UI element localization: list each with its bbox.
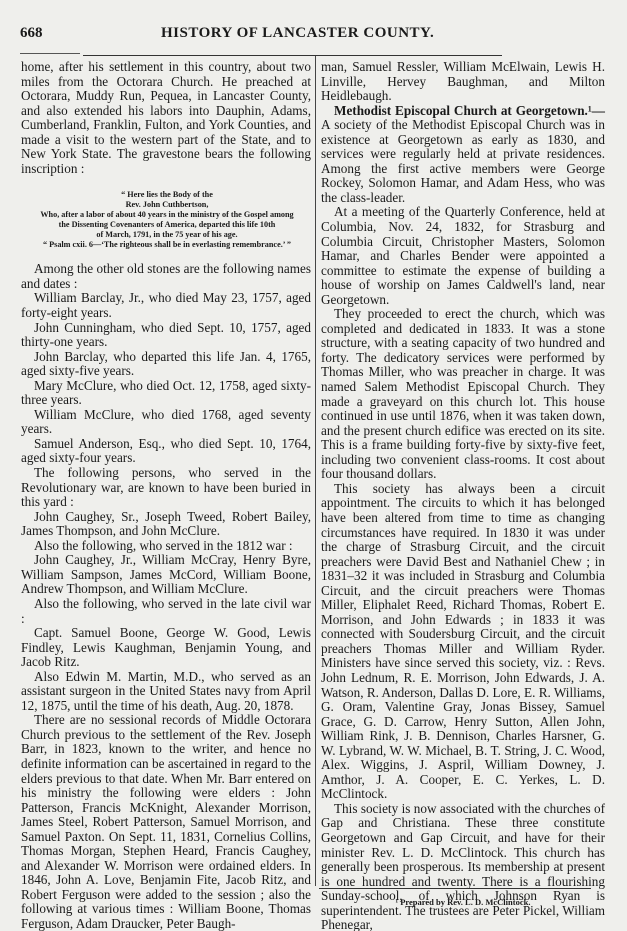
inscription-line: of March, 1791, in the 75 year of his ag… <box>17 230 317 240</box>
paragraph: Samuel Anderson, Esq., who died Sept. 10… <box>21 437 311 466</box>
paragraph: Mary McClure, who died Oct. 12, 1758, ag… <box>21 379 311 408</box>
paragraph: Among the other old stones are the follo… <box>21 262 311 291</box>
inscription-line: Who, after a labor of about 40 years in … <box>17 210 317 220</box>
column-divider <box>315 56 316 886</box>
paragraph: John Barclay, who departed this life Jan… <box>21 350 311 379</box>
section-heading: Methodist Episcopal Church at Georgetown… <box>334 103 605 118</box>
footnote-rule <box>319 888 591 889</box>
paragraph: Also the following, who served in the la… <box>21 597 311 626</box>
inscription-line: “ Psalm cxii. 6—‘The righteous shall be … <box>17 240 317 250</box>
page-number: 668 <box>20 25 43 42</box>
footnote: ¹ Prepared by Rev. L. D. McClintock. <box>321 897 605 907</box>
paragraph: home, after his settlement in this count… <box>21 60 311 176</box>
paragraph: John Caughey, Sr., Joseph Tweed, Robert … <box>21 510 311 539</box>
header-rule-left <box>20 53 80 54</box>
paragraph: At a meeting of the Quarterly Conference… <box>321 205 605 307</box>
paragraph: Also the following, who served in the 18… <box>21 539 311 554</box>
paragraph: They proceeded to erect the church, whic… <box>321 307 605 482</box>
left-column: home, after his settlement in this count… <box>21 60 311 931</box>
paragraph: This society has always been a circuit a… <box>321 482 605 802</box>
paragraph: man, Samuel Ressler, William McElwain, L… <box>321 60 605 104</box>
running-head: 668 HISTORY OF LANCASTER COUNTY. <box>20 25 500 47</box>
gravestone-inscription: “ Here lies the Body of the Rev. John Cu… <box>17 190 317 250</box>
section-paragraph: Methodist Episcopal Church at Georgetown… <box>321 104 605 206</box>
paragraph: John Caughey, Jr., William McCray, Henry… <box>21 553 311 597</box>
paragraph: William McClure, who died 1768, aged sev… <box>21 408 311 437</box>
paragraph: John Cunningham, who died Sept. 10, 1757… <box>21 321 311 350</box>
inscription-line: the Dissenting Covenanters of America, d… <box>17 220 317 230</box>
paragraph: The following persons, who served in the… <box>21 466 311 510</box>
header-rule <box>83 55 502 56</box>
paragraph: Capt. Samuel Boone, George W. Good, Lewi… <box>21 626 311 670</box>
paragraph: This society is now associated with the … <box>321 802 605 931</box>
inscription-line: “ Here lies the Body of the <box>17 190 317 200</box>
right-column: man, Samuel Ressler, William McElwain, L… <box>321 60 605 931</box>
paragraph: Also Edwin M. Martin, M.D., who served a… <box>21 670 311 714</box>
inscription-line: Rev. John Cuthbertson, <box>17 200 317 210</box>
paragraph: There are no sessional records of Middle… <box>21 713 311 931</box>
running-title: HISTORY OF LANCASTER COUNTY. <box>161 25 434 42</box>
paragraph: William Barclay, Jr., who died May 23, 1… <box>21 291 311 320</box>
paragraph-text: A society of the Methodist Episcopal Chu… <box>321 117 605 205</box>
book-page: 668 HISTORY OF LANCASTER COUNTY. home, a… <box>0 0 627 931</box>
